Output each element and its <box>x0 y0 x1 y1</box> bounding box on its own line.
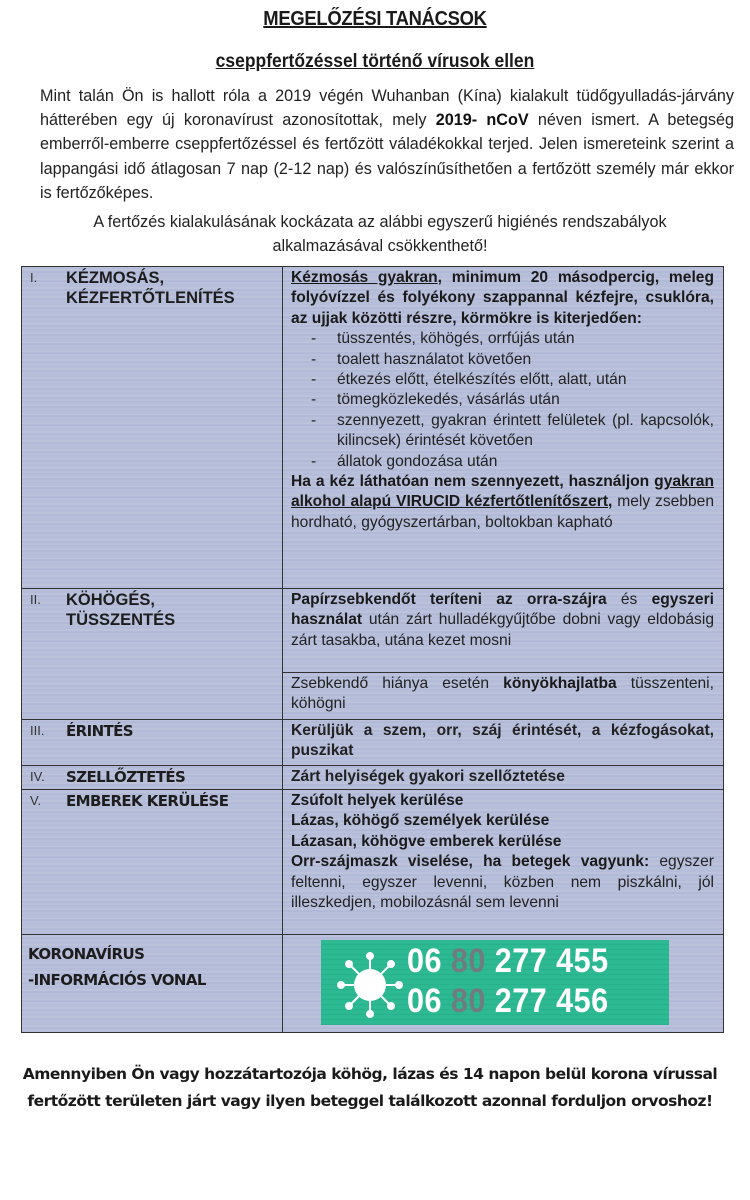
virus-icon <box>337 952 403 1018</box>
bullet-item: tömegközlekedés, vásárlás után <box>291 390 714 410</box>
row-heading-cell: V. EMBEREK KERÜLÉSE <box>22 790 281 935</box>
intro-paragraph: Mint talán Ön is hallott róla a 2019 vég… <box>40 84 734 205</box>
virus-name: 2019- nCoV <box>436 111 529 129</box>
elbow-instructions: Zsebkendő hiánya esetén könyökhajlatba t… <box>291 674 714 715</box>
bullet-item: állatok gondozása után <box>291 452 714 472</box>
heading-line: KÉZFERTŐTLENÍTÉS <box>66 288 235 308</box>
row-heading: KÖHÖGÉS, TÜSSZENTÉS <box>66 590 175 630</box>
row-number: III. <box>30 723 44 738</box>
row-content-cell: Kézmosás gyakran, minimum 20 másodpercig… <box>282 267 724 588</box>
row-heading-cell: II. KÖHÖGÉS, TÜSSZENTÉS <box>22 589 281 720</box>
table-row-handwashing: I. KÉZMOSÁS, KÉZFERTŐTLENÍTÉS Kézmosás g… <box>22 267 723 588</box>
document-subtitle: cseppfertőzéssel történő vírusok ellen <box>30 51 720 73</box>
handwash-often-text: Kézmosás gyakran <box>291 269 438 286</box>
row-heading: EMBEREK KERÜLÉSE <box>66 791 228 811</box>
elbow-text: Zsebkendő hiánya esetén <box>291 675 503 692</box>
table-row-ventilation: IV. SZELLŐZTETÉS Zárt helyiségek gyakori… <box>22 765 723 790</box>
ventilation-instructions: Zárt helyiségek gyakori szellőztetése <box>291 767 714 787</box>
heading-line: KÖHÖGÉS, <box>66 590 175 610</box>
row-content-cell: Zsúfolt helyek kerülése Lázas, köhögő sz… <box>282 790 724 935</box>
hotline-label: KORONAVÍRUS -INFORMÁCIÓS VONAL <box>28 941 206 993</box>
avoid-line: Lázas, köhögő személyek kerülése <box>291 811 714 831</box>
hotline-phone-cell: 06 80 277 455 06 80 277 456 <box>282 935 724 1032</box>
row-number: V. <box>30 793 41 808</box>
phone-prefix: 06 <box>407 982 442 1020</box>
tissue-bold-text: Papírzsebkendőt teríteni az orra-szájra <box>291 591 607 608</box>
hotline-label-line: -INFORMÁCIÓS VONAL <box>28 967 206 993</box>
hotline-phone-1[interactable]: 06 80 277 455 <box>407 942 609 981</box>
phone-area-code: 80 <box>451 982 486 1020</box>
avoid-line: Zsúfolt helyek kerülése <box>291 791 714 811</box>
row-content-cell: Kerüljük a szem, orr, száj érintését, a … <box>282 720 724 766</box>
hotline-banner: 06 80 277 455 06 80 277 456 <box>321 940 669 1025</box>
row-number: II. <box>30 592 41 607</box>
table-row-touching: III. ÉRINTÉS Kerüljük a szem, orr, száj … <box>22 719 723 766</box>
row-heading-cell: III. ÉRINTÉS <box>22 720 281 766</box>
phone-number: 277 456 <box>495 982 609 1020</box>
hotline-label-cell: KORONAVÍRUS -INFORMÁCIÓS VONAL <box>22 935 281 1032</box>
heading-line: KÉZMOSÁS, <box>66 268 235 288</box>
hotline-label-line: KORONAVÍRUS <box>28 941 206 967</box>
touching-instructions: Kerüljük a szem, orr, száj érintését, a … <box>291 721 714 762</box>
row-number: IV. <box>30 769 45 784</box>
phone-area-code: 80 <box>451 942 486 980</box>
row-content-cell: Papírzsebkendőt teríteni az orra-szájra … <box>282 589 724 720</box>
row-heading-cell: I. KÉZMOSÁS, KÉZFERTŐTLENÍTÉS <box>22 267 281 588</box>
row-heading-cell: IV. SZELLŐZTETÉS <box>22 766 281 790</box>
table-row-hotline: KORONAVÍRUS -INFORMÁCIÓS VONAL <box>22 934 723 1032</box>
table-row-coughing: II. KÖHÖGÉS, TÜSSZENTÉS Papírzsebkendőt … <box>22 588 723 720</box>
elbow-subcell: Zsebkendő hiánya esetén könyökhajlatba t… <box>283 672 724 673</box>
phone-prefix: 06 <box>407 942 442 980</box>
avoid-people-instructions: Zsúfolt helyek kerülése Lázas, köhögő sz… <box>291 791 714 913</box>
tissue-instructions: Papírzsebkendőt teríteni az orra-szájra … <box>291 590 714 651</box>
phone-number: 277 455 <box>495 942 609 980</box>
advice-table: I. KÉZMOSÁS, KÉZFERTŐTLENÍTÉS Kézmosás g… <box>21 266 724 1033</box>
bullet-item: tüsszentés, köhögés, orrfújás után <box>291 329 714 349</box>
document-title: MEGELŐZÉSI TANÁCSOK <box>30 8 720 31</box>
lead-sentence: A fertőzés kialakulásának kockázata az a… <box>40 210 720 258</box>
row-heading: KÉZMOSÁS, KÉZFERTŐTLENÍTÉS <box>66 268 235 308</box>
heading-line: TÜSSZENTÉS <box>66 610 175 630</box>
handwashing-instructions: Kézmosás gyakran, minimum 20 másodpercig… <box>291 268 714 533</box>
tissue-text: és <box>607 591 652 608</box>
sanitizer-bold-text: Ha a kéz láthatóan nem szennyezett, hasz… <box>291 473 649 490</box>
row-content-cell: Zárt helyiségek gyakori szellőztetése <box>282 766 724 790</box>
row-heading: ÉRINTÉS <box>66 721 133 741</box>
elbow-bold-text: könyökhajlatba <box>503 675 617 692</box>
bullet-item: étkezés előtt, ételkészítés előtt, alatt… <box>291 370 714 390</box>
hotline-phone-2[interactable]: 06 80 277 456 <box>407 982 609 1021</box>
row-number: I. <box>30 270 37 285</box>
bullet-item: szennyezett, gyakran érintett felületek … <box>291 411 714 452</box>
footer-warning: Amennyiben Ön vagy hozzátartozója köhög,… <box>20 1061 720 1115</box>
row-heading: SZELLŐZTETÉS <box>66 767 185 787</box>
mask-bold-text: Orr-szájmaszk viselése, ha betegek vagyu… <box>291 853 649 870</box>
bullet-item: toalett használatot követően <box>291 350 714 370</box>
table-row-avoid-people: V. EMBEREK KERÜLÉSE Zsúfolt helyek kerül… <box>22 789 723 935</box>
avoid-line: Lázasan, köhögve emberek kerülése <box>291 832 714 852</box>
